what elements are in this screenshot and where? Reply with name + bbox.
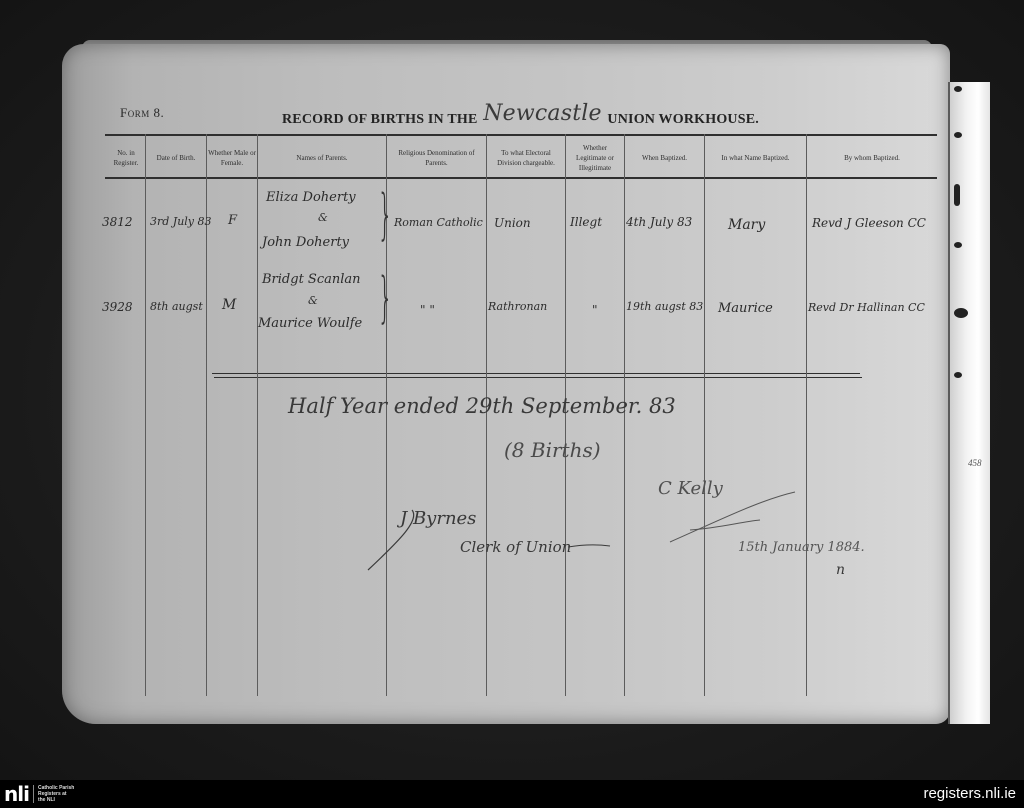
- column-header-register-no: No. in Register.: [108, 138, 144, 178]
- brace-icon: }: [377, 183, 392, 246]
- sex: M: [222, 297, 236, 313]
- column-header-name-baptized: In what Name Baptized.: [705, 138, 806, 178]
- column-rule: [806, 134, 807, 696]
- religion: Roman Catholic: [394, 216, 483, 229]
- nli-logo-text: Catholic Parish Registers at the NLI: [38, 785, 74, 803]
- record-title: RECORD OF BIRTHS IN THE Newcastle UNION …: [282, 104, 759, 129]
- site-url-link[interactable]: registers.nli.ie: [923, 785, 1016, 802]
- nli-logo-mark: nli: [4, 784, 29, 804]
- brace-icon: }: [377, 266, 392, 329]
- baptized-by: Revd J Gleeson CC: [812, 216, 926, 230]
- parent-father: Maurice Woulfe: [258, 316, 362, 331]
- parent-mother: Bridgt Scanlan: [262, 272, 361, 287]
- binding-hole: [954, 86, 962, 92]
- column-rule: [704, 134, 705, 696]
- name-baptized: Maurice: [718, 301, 773, 316]
- register-number: 3812: [102, 215, 133, 229]
- margin-note: 458: [968, 458, 982, 468]
- column-header-when-baptized: When Baptized.: [625, 138, 704, 178]
- parent-and: &: [308, 294, 318, 307]
- electoral-division: Rathronan: [488, 300, 547, 313]
- baptized-by: Revd Dr Hallinan CC: [808, 301, 925, 314]
- religion: " ": [420, 303, 435, 317]
- half-year-note: Half Year ended 29th September. 83: [288, 394, 676, 418]
- title-handwritten-place: Newcastle: [483, 101, 602, 126]
- legitimacy: ": [592, 303, 598, 317]
- date-of-birth: 3rd July 83: [150, 215, 212, 228]
- electoral-division: Union: [494, 216, 531, 230]
- entries-end-rule: [212, 373, 860, 374]
- title-prefix: RECORD OF BIRTHS IN THE: [282, 112, 477, 127]
- signature-flourish: [360, 480, 820, 590]
- entries-end-rule-2: [214, 377, 862, 378]
- when-baptized: 4th July 83: [626, 215, 692, 229]
- nli-logo[interactable]: nli Catholic Parish Registers at the NLI: [4, 784, 74, 804]
- logo-divider: [33, 785, 34, 803]
- column-header-date-of-birth: Date of Birth.: [146, 138, 206, 178]
- column-header-parents: Names of Parents.: [258, 138, 386, 178]
- births-count: (8 Births): [504, 438, 601, 462]
- column-header-by-whom: By whom Baptized.: [807, 138, 937, 178]
- name-baptized: Mary: [728, 217, 765, 233]
- margin-mark: n: [836, 562, 845, 578]
- binding-hole: [954, 242, 962, 248]
- register-number: 3928: [102, 300, 133, 314]
- column-header-electoral-division: To what Electoral Division chargeable.: [487, 138, 565, 178]
- column-rule: [257, 134, 258, 696]
- column-header-religion: Religious Denomination of Parents.: [387, 138, 486, 178]
- binding-strip: 458: [948, 82, 990, 724]
- footer-bar: nli Catholic Parish Registers at the NLI…: [0, 780, 1024, 808]
- sex: F: [228, 213, 237, 228]
- parent-and: &: [318, 211, 328, 224]
- image-viewer: 458 Form 8. RECORD OF BIRTHS IN THE Newc…: [0, 0, 1024, 780]
- header-top-rule: [105, 134, 937, 136]
- binding-hole: [954, 372, 962, 378]
- column-rule: [145, 134, 146, 696]
- form-label: Form 8.: [120, 105, 164, 121]
- date-of-birth: 8th augst: [150, 300, 203, 313]
- parent-mother: Eliza Doherty: [266, 190, 356, 205]
- logo-text-line: the NLI: [38, 797, 55, 803]
- column-header-sex: Whether Male or Female.: [207, 138, 257, 178]
- binding-stitch: [954, 184, 960, 206]
- binding-hole: [954, 132, 962, 138]
- binding-hole: [954, 308, 968, 318]
- when-baptized: 19th augst 83: [626, 300, 703, 313]
- title-suffix: UNION WORKHOUSE.: [607, 112, 759, 127]
- parent-father: John Doherty: [262, 235, 349, 250]
- column-header-legitimacy: Whether Legitimate or Illegitimate: [566, 138, 624, 178]
- legitimacy: Illegt: [570, 215, 602, 229]
